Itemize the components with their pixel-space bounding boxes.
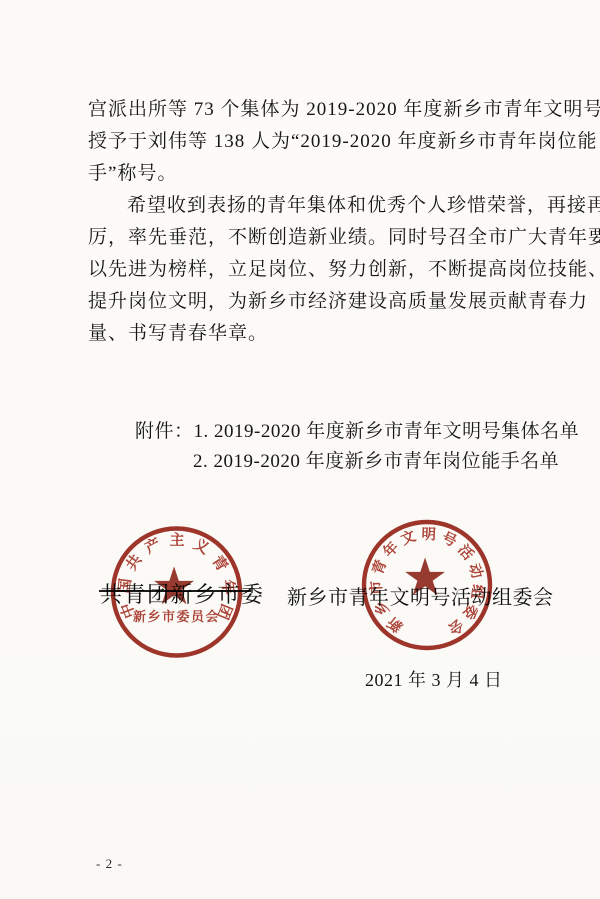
body-line: 宫派出所等 73 个集体为 2019-2020 年度新乡市青年文明号， xyxy=(88,94,578,126)
body-line: 提升岗位文明，为新乡市经济建设高质量发展贡献青春力 xyxy=(88,286,578,318)
document-date: 2021 年 3 月 4 日 xyxy=(365,666,503,692)
scan-fold-line xyxy=(99,590,251,592)
signature-youth-league: 共青团新乡市委 xyxy=(100,578,265,609)
body-line: 授予于刘伟等 138 人为“2019-2020 年度新乡市青年岗位能 xyxy=(88,126,578,158)
body-line: 希望收到表扬的青年集体和优秀个人珍惜荣誉，再接再 xyxy=(88,190,578,222)
body-line: 以先进为榜样，立足岗位、努力创新，不断提高岗位技能、 xyxy=(88,254,578,286)
attachment-item: 2. 2019-2020 年度新乡市青年岗位能手名单 xyxy=(135,447,579,477)
body-line: 厉，率先垂范，不断创造新业绩。同时号召全市广大青年要 xyxy=(88,222,578,254)
page-number: - 2 - xyxy=(96,856,123,872)
signature-organizing-committee: 新乡市青年文明号活动组委会 xyxy=(287,581,554,610)
stamp-bottom-text: 新乡市委员会 xyxy=(133,609,220,624)
attachment-line: 附件：1. 2019-2020 年度新乡市青年文明号集体名单 xyxy=(135,417,579,447)
body-paragraphs: 宫派出所等 73 个集体为 2019-2020 年度新乡市青年文明号， 授予于刘… xyxy=(88,94,578,350)
body-line: 量、书写青春华章。 xyxy=(88,318,578,350)
body-line: 手”称号。 xyxy=(88,158,578,190)
attachment-item: 1. 2019-2020 年度新乡市青年文明号集体名单 xyxy=(194,421,580,442)
attachment-list: 附件：1. 2019-2020 年度新乡市青年文明号集体名单 2. 2019-2… xyxy=(135,417,579,477)
attachment-label: 附件： xyxy=(135,421,194,442)
document-page: 宫派出所等 73 个集体为 2019-2020 年度新乡市青年文明号， 授予于刘… xyxy=(0,0,600,899)
